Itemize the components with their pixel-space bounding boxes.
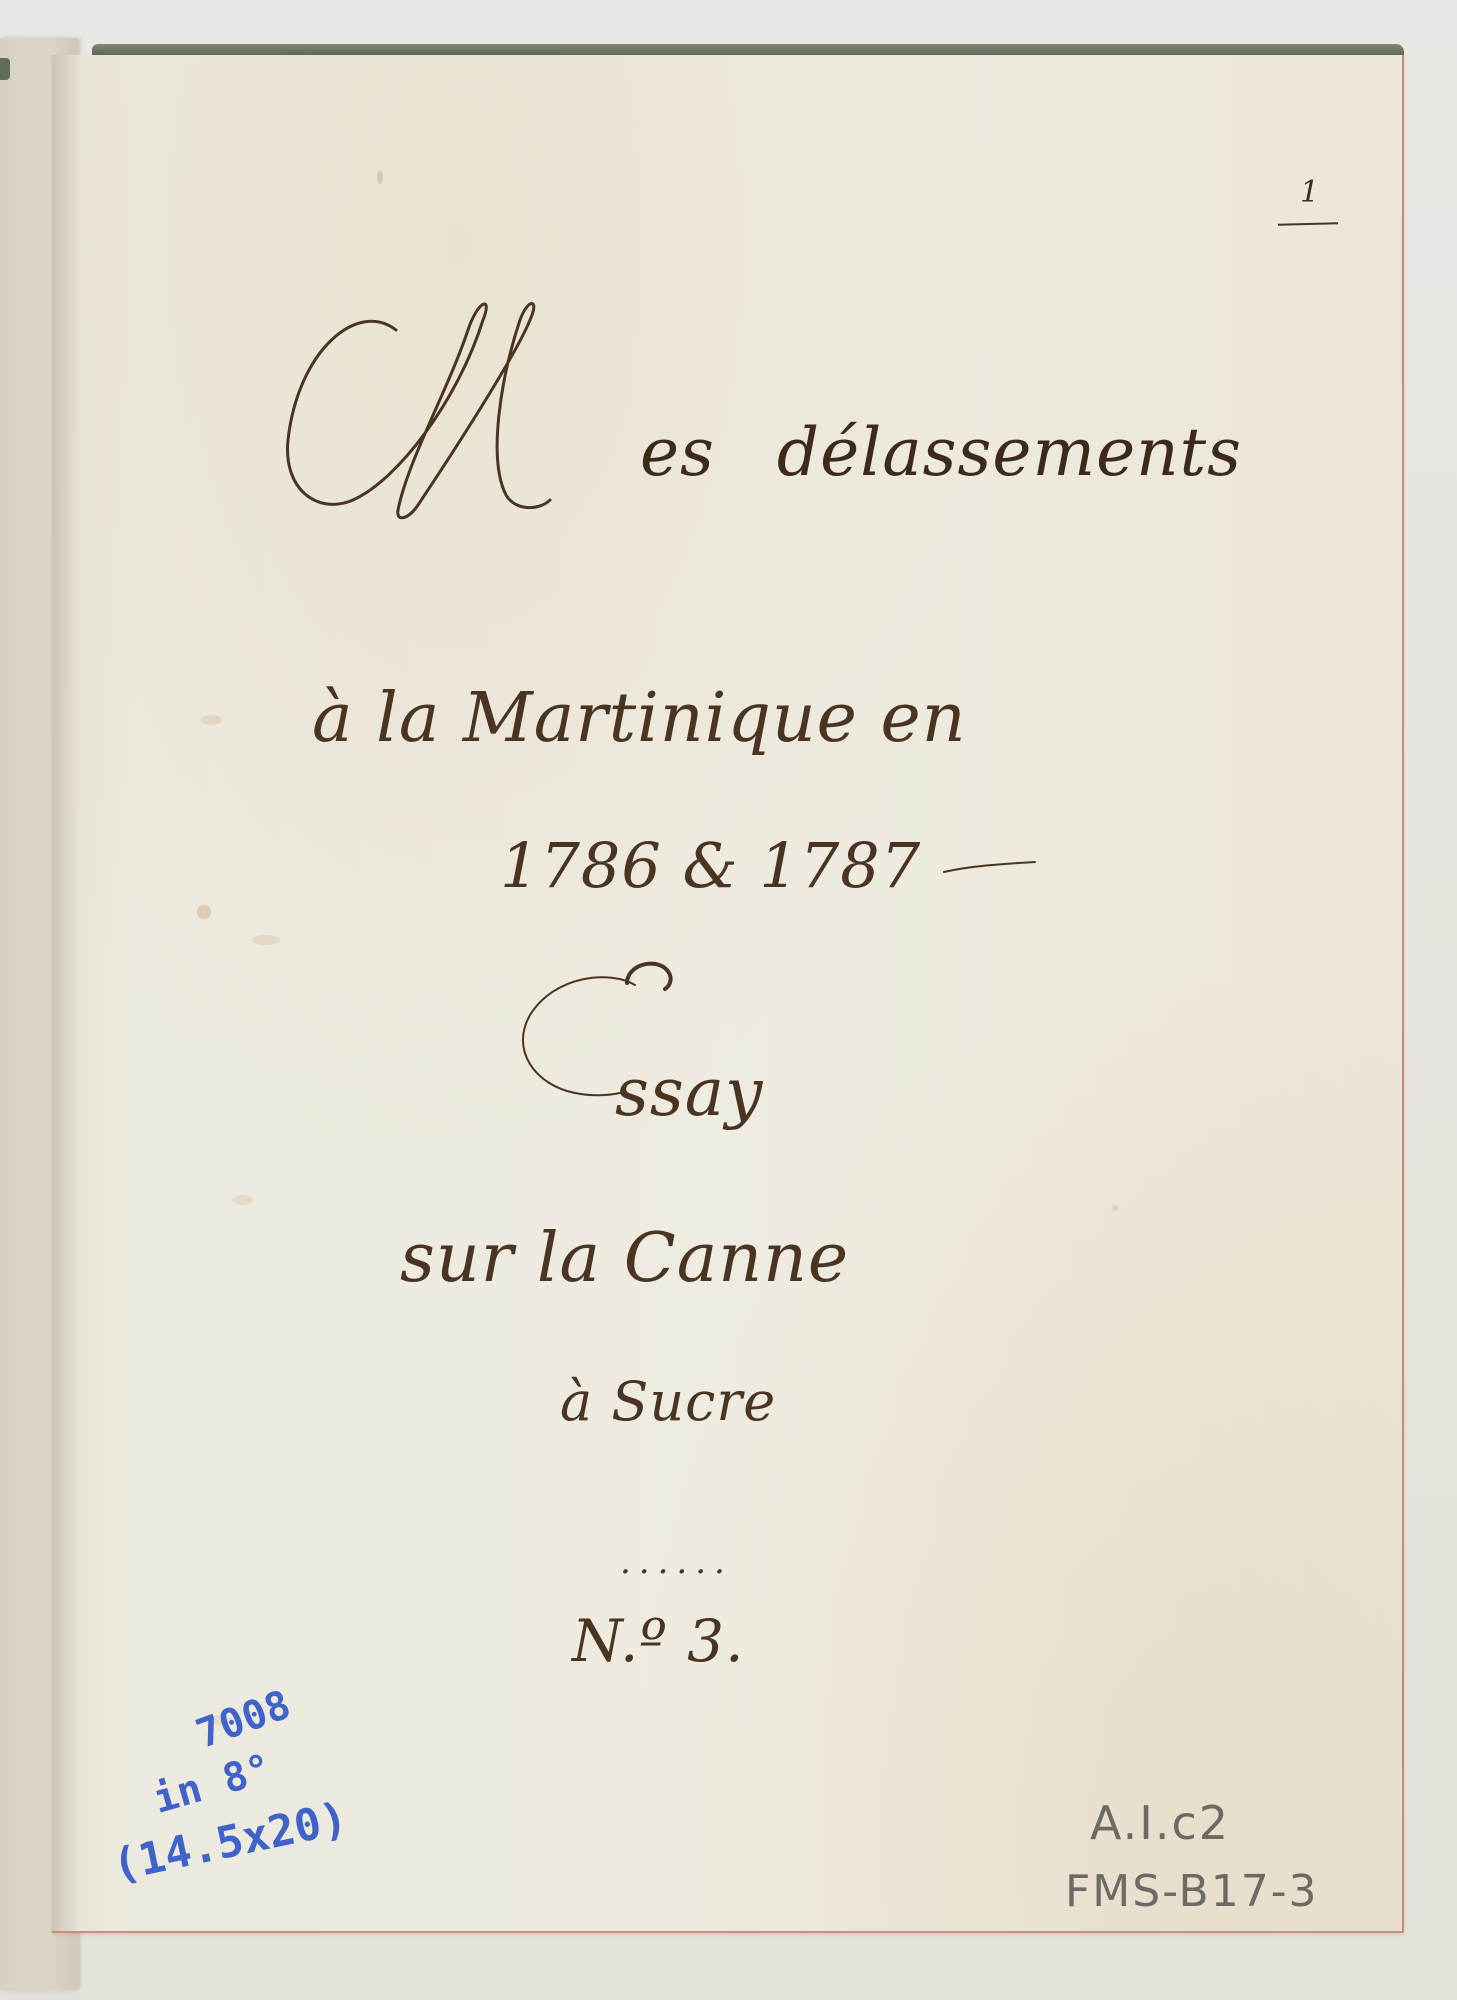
gutter-shadow xyxy=(52,55,82,1931)
title-text: es délassements xyxy=(640,420,1242,486)
title-word-es: es xyxy=(640,414,715,491)
pencil-call-number-2: FMS-B17-3 xyxy=(1065,1870,1319,1914)
line-sur-la-canne: sur la Canne xyxy=(400,1225,849,1293)
separator-dots: ...... xyxy=(620,1545,733,1579)
foxing-stain xyxy=(200,715,222,725)
foxing-stain xyxy=(377,170,383,184)
title-word-delassements: délassements xyxy=(777,414,1242,491)
foxing-stain xyxy=(197,905,211,919)
foxing-stain xyxy=(252,935,280,945)
foxing-stain xyxy=(1112,1205,1118,1211)
volume-number: N.º 3. xyxy=(572,1612,745,1670)
year-dash-flourish xyxy=(940,858,1040,878)
verso-binding-corner xyxy=(0,58,10,80)
folio-number: 1 xyxy=(1300,178,1320,208)
line-essay: ssay xyxy=(615,1060,763,1126)
title-initial-m-flourish xyxy=(278,290,638,530)
pencil-call-number-1: A.I.c2 xyxy=(1090,1800,1230,1846)
line-years: 1786 & 1787 xyxy=(500,835,921,897)
line-a-la-martinique: à la Martinique en xyxy=(312,685,967,753)
foxing-stain xyxy=(232,1195,252,1205)
line-a-sucre: à Sucre xyxy=(560,1375,776,1429)
